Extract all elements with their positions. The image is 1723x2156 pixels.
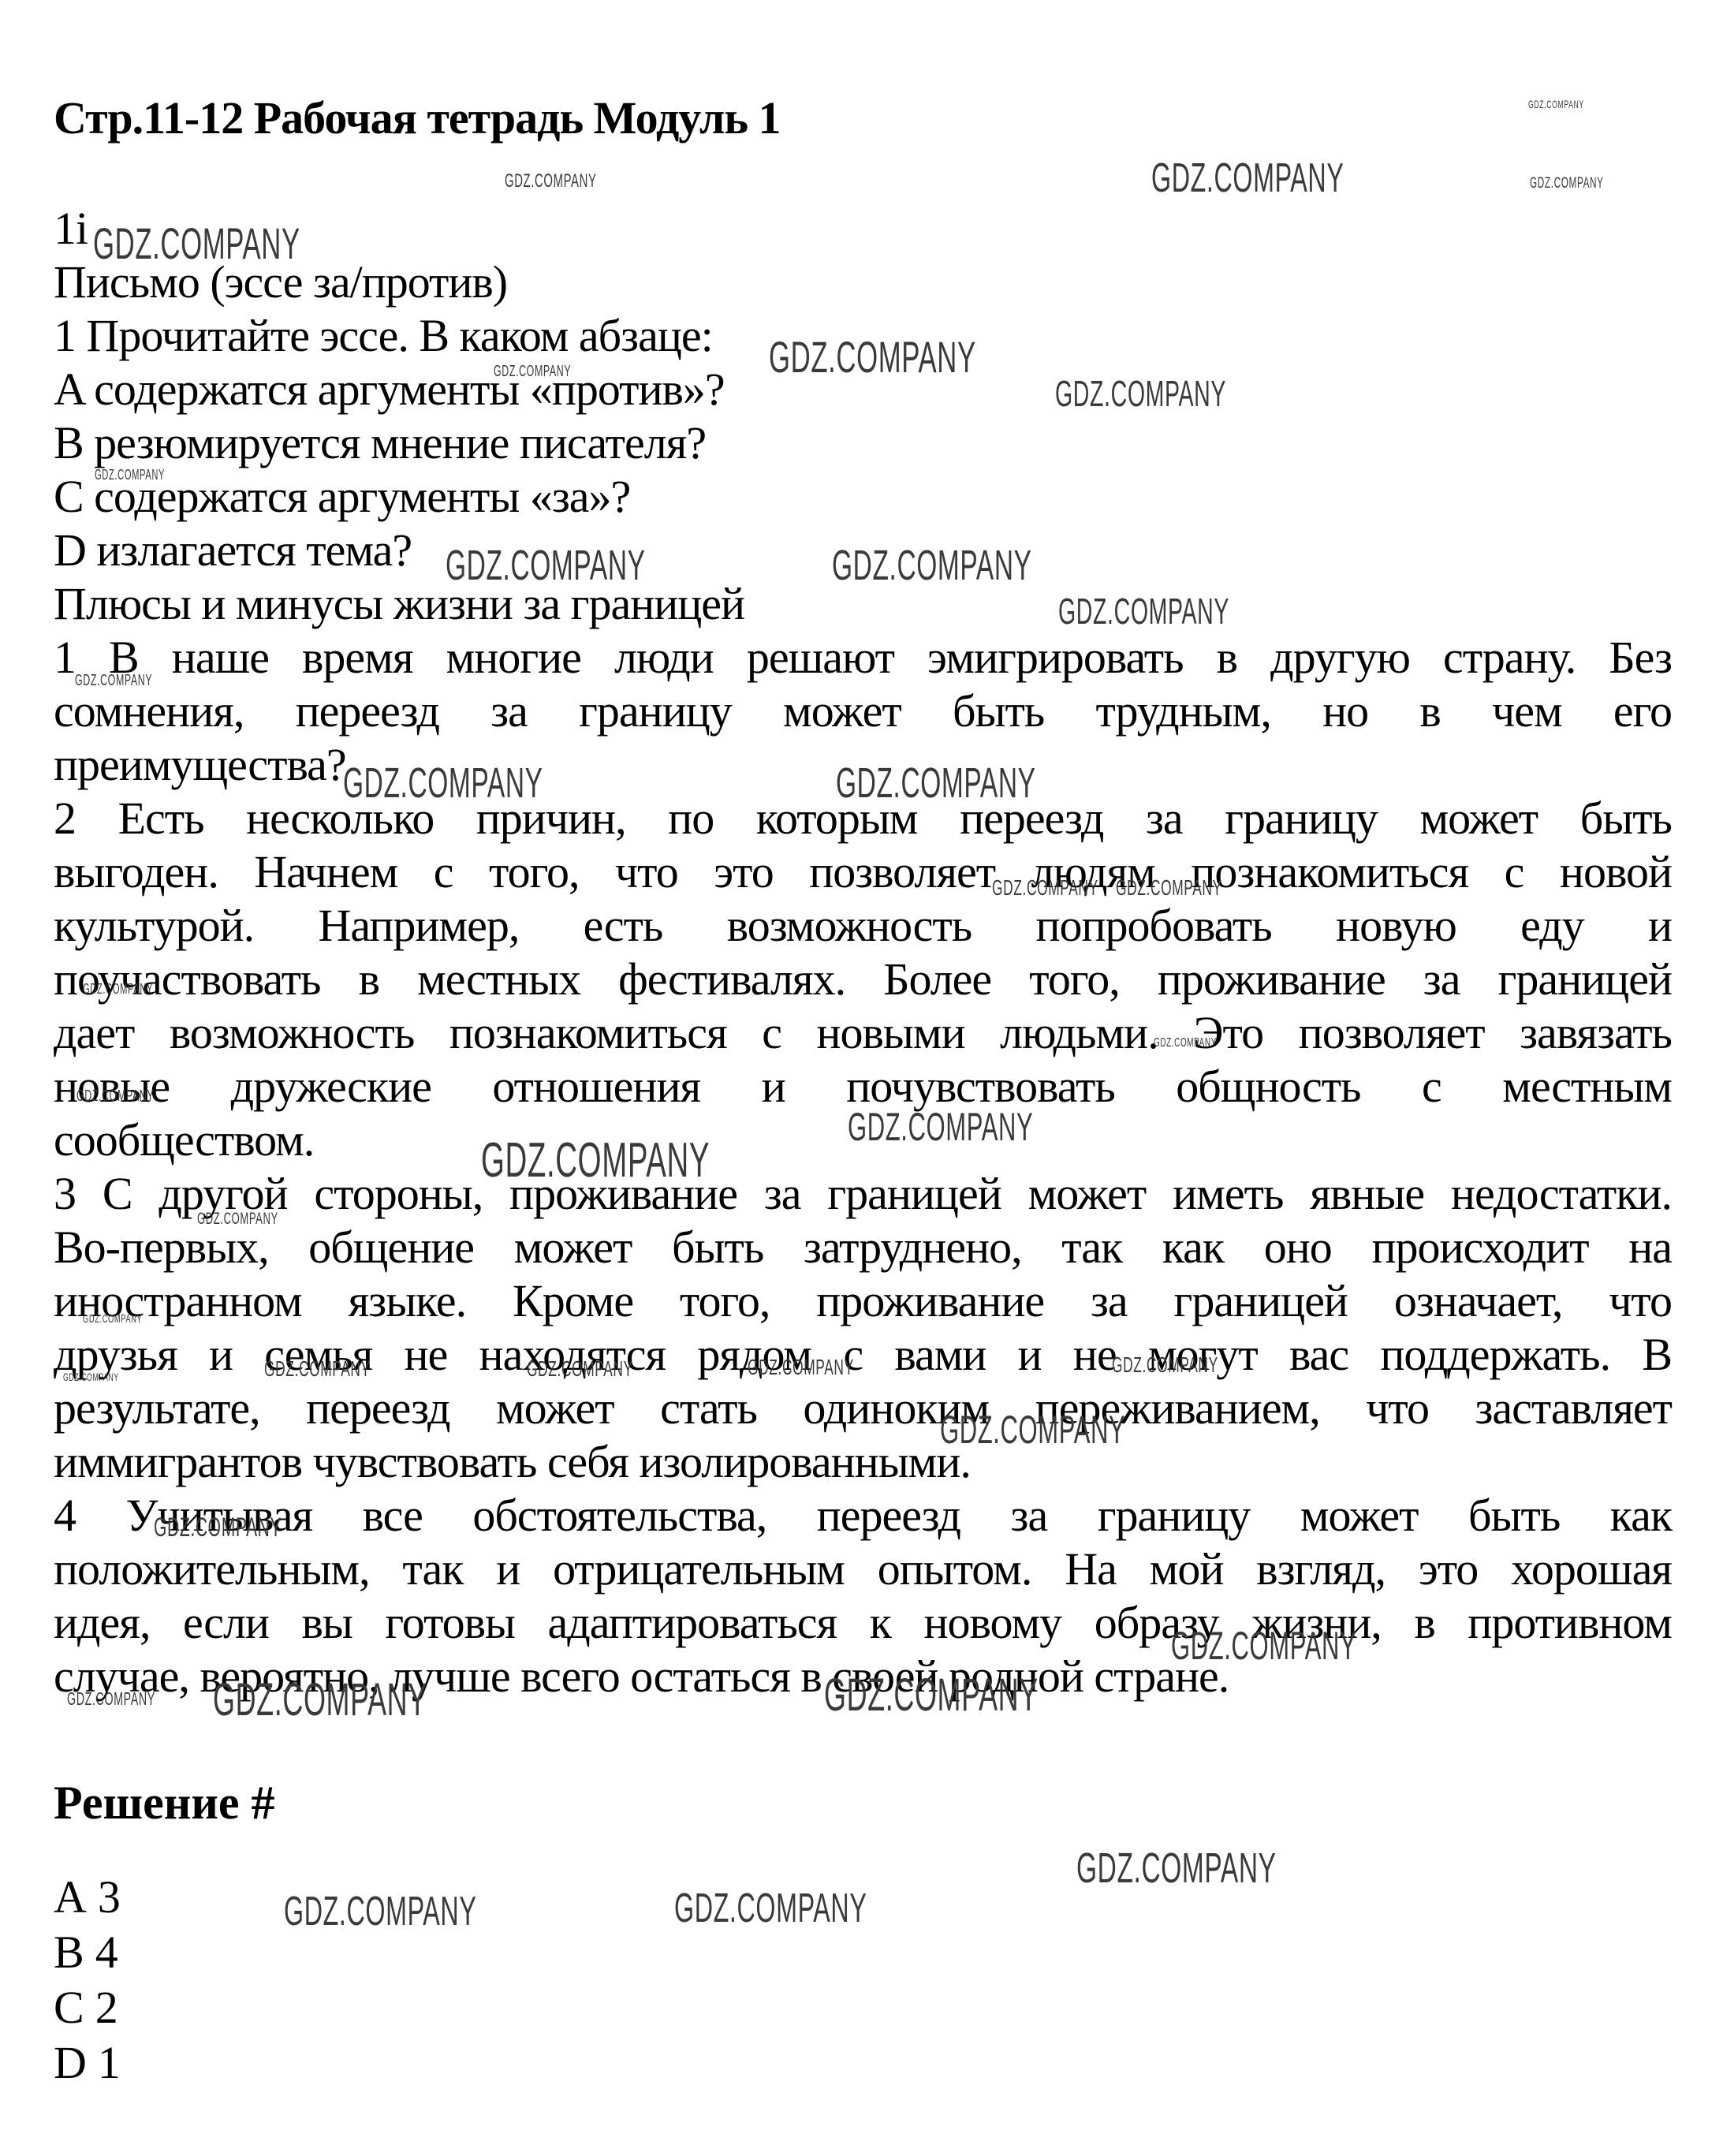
answer-row: C2 [54,1980,121,2035]
document-page: Стр.11-12 Рабочая тетрадь Модуль 1 1iПис… [0,0,1723,2156]
text-line: 1 В наше время многие люди решают эмигри… [54,631,1672,684]
text-line: положительным, так и отрицательным опыто… [54,1542,1672,1596]
text-line: B резюмируется мнение писателя? [54,416,1672,470]
solution-heading: Решение # [54,1776,275,1830]
watermark: GDZ.COMPANY [1528,98,1584,110]
text-line: 1i [54,202,1672,256]
essay-body: 1iПисьмо (эссе за/против)1 Прочитайте эс… [54,202,1672,1703]
watermark: GDZ.COMPANY [1076,1844,1277,1893]
text-line: результате, переезд может стать одиноким… [54,1382,1672,1435]
text-line: случае, вероятно, лучше всего остаться в… [54,1650,1672,1703]
text-line: дает возможность познакомиться с новыми … [54,1006,1672,1060]
text-line: новые дружеские отношения и почувствоват… [54,1060,1672,1113]
text-line: идея, если вы готовы адаптироваться к но… [54,1596,1672,1650]
text-line: друзья и семья не находятся рядом с вами… [54,1328,1672,1382]
answer-value: 2 [95,1982,118,2033]
text-line: иностранном языке. Кроме того, проживани… [54,1274,1672,1328]
answer-value: 3 [98,1871,121,1923]
text-line: 4 Учитывая все обстоятельства, переезд з… [54,1489,1672,1542]
text-line: 1 Прочитайте эссе. В каком абзаце: [54,309,1672,363]
answer-row: B4 [54,1925,121,1980]
answer-row: A3 [54,1870,121,1925]
answer-label: B [54,1927,84,1978]
text-line: сомнения, переезд за границу может быть … [54,684,1672,738]
text-line: Плюсы и минусы жизни за границей [54,577,1672,631]
text-line: сообществом. [54,1113,1672,1167]
text-line: Письмо (эссе за/против) [54,256,1672,309]
answers-list: A3B4C2D1 [54,1870,121,2091]
text-line: 3 С другой стороны, проживание за границ… [54,1167,1672,1221]
watermark: GDZ.COMPANY [1530,175,1604,192]
text-line: поучаствовать в местных фестивалях. Боле… [54,953,1672,1006]
watermark: GDZ.COMPANY [1151,155,1344,202]
text-line: C содержатся аргументы «за»? [54,470,1672,524]
text-line: преимущества? [54,738,1672,792]
answer-value: 4 [95,1927,118,1978]
watermark: GDZ.COMPANY [505,170,597,192]
text-line: A содержатся аргументы «против»? [54,363,1672,416]
text-line: D излагается тема? [54,524,1672,577]
answer-label: A [54,1871,87,1923]
text-line: 2 Есть несколько причин, по которым пере… [54,792,1672,845]
text-line: культурой. Например, есть возможность по… [54,899,1672,953]
watermark: GDZ.COMPANY [674,1885,867,1932]
answer-label: D [54,2037,87,2088]
text-line: Во-первых, общение может быть затруднено… [54,1221,1672,1274]
page-title: Стр.11-12 Рабочая тетрадь Модуль 1 [54,91,781,145]
text-line: выгоден. Начнем с того, что это позволяе… [54,845,1672,899]
answer-label: C [54,1982,84,2033]
text-line: иммигрантов чувствовать себя изолированн… [54,1435,1672,1489]
watermark: GDZ.COMPANY [284,1888,476,1935]
answer-value: 1 [98,2037,121,2088]
answer-row: D1 [54,2035,121,2091]
